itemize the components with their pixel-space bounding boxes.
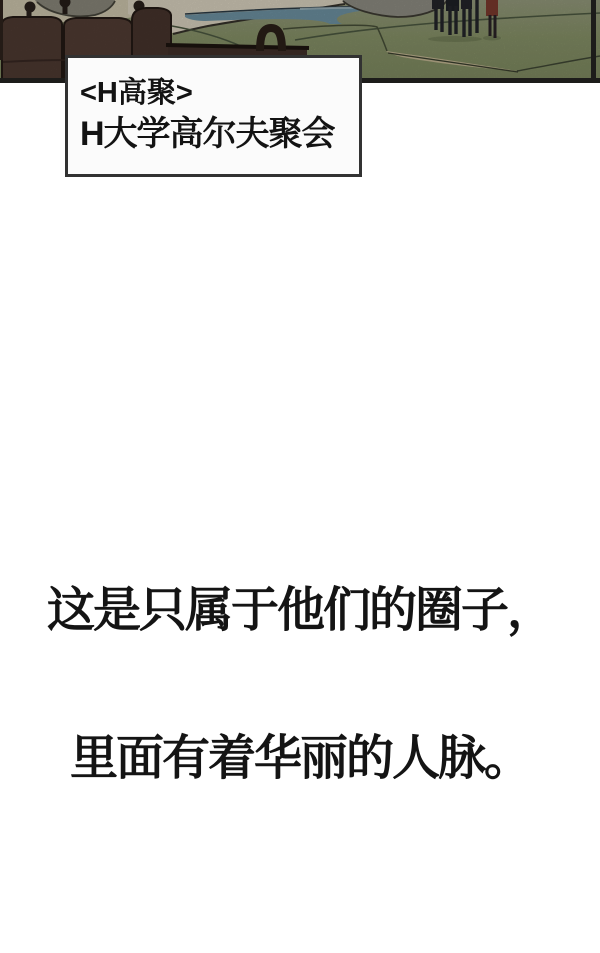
narration-line-1: 这是只属于他们的圈子，: [0, 583, 600, 638]
caption-line-1: <H高聚>: [80, 77, 359, 110]
narration-line-2: 里面有着华丽的人脉。: [0, 731, 600, 786]
caption-line-2: H大学高尔夫聚会: [80, 116, 359, 153]
panel-border-right: [591, 0, 596, 83]
webtoon-page: <H高聚> H大学高尔夫聚会 这是只属于他们的圈子， 里面有着华丽的人脉。: [0, 0, 600, 953]
caption-box: <H高聚> H大学高尔夫聚会: [65, 55, 362, 177]
panel-border-left: [0, 0, 3, 60]
